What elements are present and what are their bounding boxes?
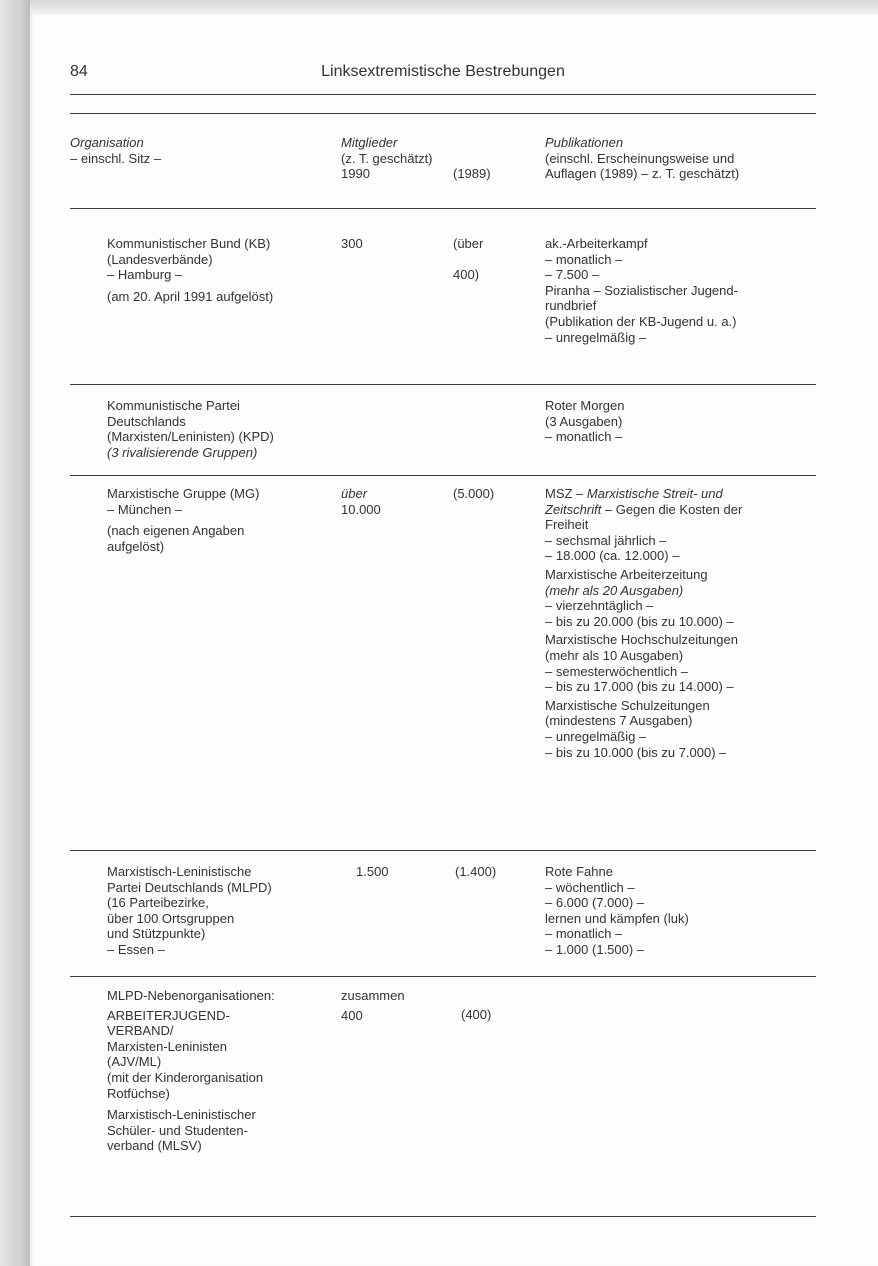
header-bottom-rule (70, 208, 816, 209)
members-1990-cell: zusammen 400 (341, 988, 405, 1023)
members-1989-cell: (1.400) (455, 864, 496, 880)
scan-shadow-left (0, 0, 30, 1266)
row-divider (70, 850, 816, 851)
members-1989-cell: (400) (461, 1007, 491, 1023)
publication-block: MSZ – Marxistische Streit- und Zeitschri… (545, 486, 815, 564)
organisation-cell: Marxistische Gruppe (MG) – München – (na… (107, 486, 259, 554)
members-1990-cell: über 10.000 (341, 486, 381, 517)
members-1989-cell: (5.000) (453, 486, 494, 502)
col-header-year-1990: 1990 (341, 166, 370, 181)
table-bottom-rule (70, 1216, 816, 1217)
col-header-members: Mitglieder (z. T. geschätzt) 1990 (341, 135, 433, 182)
col-header-publications: Publikationen (einschl. Erscheinungsweis… (545, 135, 739, 182)
publication-block: Marxistische Arbeiterzeitung (mehr als 2… (545, 567, 815, 629)
col-header-organisation: Organisation – einschl. Sitz – (70, 135, 161, 166)
organisation-cell: Kommunistische Partei Deutschlands (Marx… (107, 398, 274, 460)
organisation-cell: MLPD-Nebenorganisationen: ARBEITERJUGEND… (107, 988, 275, 1154)
publications-cell: ak.-Arbeiterkampf – monatlich – – 7.500 … (545, 236, 738, 345)
header-rule (70, 94, 816, 95)
running-title: Linksextremistische Bestrebungen (70, 63, 816, 81)
members-1989-cell: (über 400) (453, 236, 483, 283)
row-divider (70, 384, 816, 385)
table-top-rule (70, 113, 816, 114)
organisation-cell: Marxistisch-Leninistische Partei Deutsch… (107, 864, 272, 958)
publication-block: Marxistische Hochschulzeitungen (mehr al… (545, 632, 815, 694)
members-1990-cell: 1.500 (356, 864, 389, 880)
row-divider (70, 976, 816, 977)
publication-block: Marxistische Schulzeitungen (mindestens … (545, 698, 815, 760)
publications-cell: Roter Morgen (3 Ausgaben) – monatlich – (545, 398, 624, 445)
running-header: 84 Linksextremistische Bestrebungen (70, 63, 816, 93)
publications-cell-mg: MSZ – Marxistische Streit- und Zeitschri… (545, 486, 815, 760)
organisation-block: Marxistisch-Leninistischer Schüler- und … (107, 1107, 275, 1154)
organisation-block: ARBEITERJUGEND- VERBAND/ Marxisten-Lenin… (107, 1008, 275, 1102)
organisation-cell: Kommunistischer Bund (KB) (Landesverbänd… (107, 236, 273, 304)
col-header-year-1989: (1989) (453, 166, 491, 182)
row-divider (70, 475, 816, 476)
members-1990-cell: 300 (341, 236, 363, 252)
publications-cell: Rote Fahne – wöchentlich – – 6.000 (7.00… (545, 864, 689, 958)
